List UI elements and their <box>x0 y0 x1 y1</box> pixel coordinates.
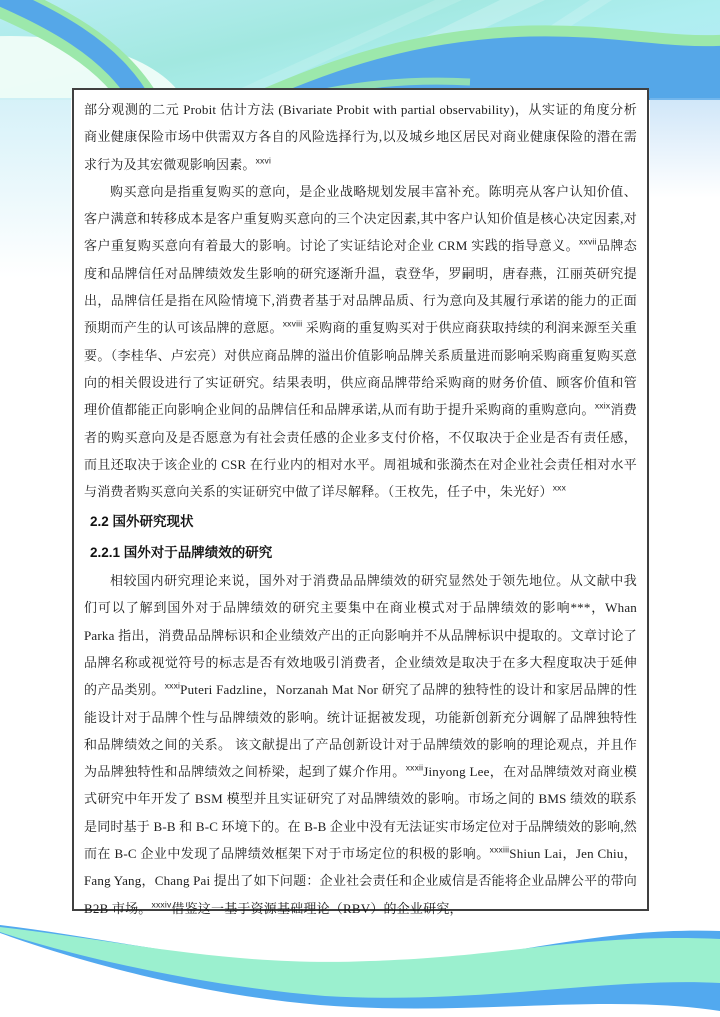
endnote-ref: xxviii <box>283 319 303 329</box>
text-run: 部分观测的二元 Probit 估计方法 (Bivariate Probit wi… <box>84 102 637 172</box>
text-run: 借鉴这一基于资源基础理论（RBV）的企业研究， <box>171 901 462 916</box>
bottom-decoration <box>0 925 720 1017</box>
text-run: 购买意向是指重复购买的意向，是企业战略规划发展丰富补充。陈明亮从客户认知价值、客… <box>84 184 637 254</box>
endnote-ref: xxvi <box>256 155 271 165</box>
endnote-ref: xxx <box>553 483 566 493</box>
top-decoration <box>0 0 720 100</box>
document-body: 部分观测的二元 Probit 估计方法 (Bivariate Probit wi… <box>84 96 637 922</box>
left-margin-tint <box>0 98 71 278</box>
paragraph: 相较国内研究理论来说，国外对于消费品品牌绩效的研究显然处于领先地位。从文献中我们… <box>84 567 637 922</box>
section-heading: 2.2 国外研究现状 <box>84 508 637 535</box>
section-heading: 2.2.1 国外对于品牌绩效的研究 <box>84 539 637 566</box>
endnote-ref: xxxii <box>406 763 424 773</box>
endnote-ref: xxxi <box>165 681 180 691</box>
endnote-ref: xxvii <box>579 237 597 247</box>
right-margin-tint <box>650 98 720 198</box>
endnote-ref: xxxiii <box>490 845 510 855</box>
endnote-ref: xxxiv <box>152 899 172 909</box>
paragraph: 购买意向是指重复购买的意向，是企业战略规划发展丰富补充。陈明亮从客户认知价值、客… <box>84 178 637 506</box>
text-frame: 部分观测的二元 Probit 估计方法 (Bivariate Probit wi… <box>72 88 649 911</box>
endnote-ref: xxix <box>595 401 610 411</box>
text-run: 相较国内研究理论来说，国外对于消费品品牌绩效的研究显然处于领先地位。从文献中我们… <box>84 573 637 697</box>
paragraph: 部分观测的二元 Probit 估计方法 (Bivariate Probit wi… <box>84 96 637 178</box>
